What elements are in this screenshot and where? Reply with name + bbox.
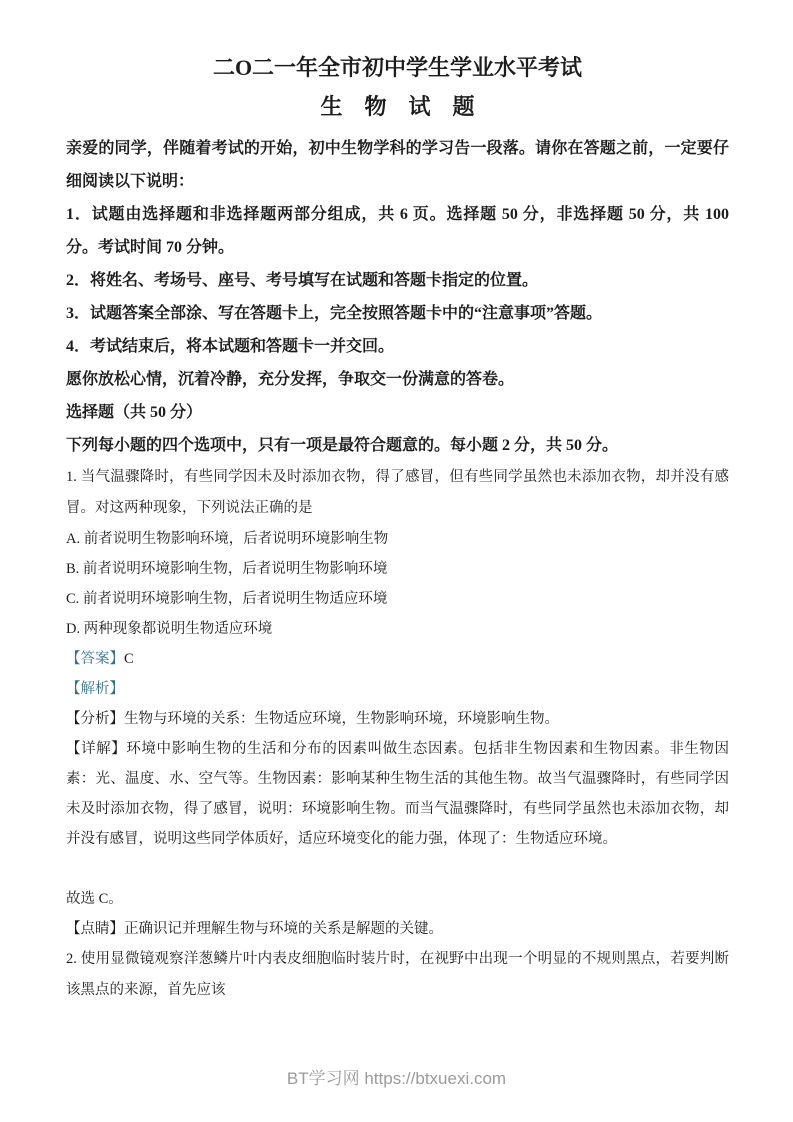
exam-page-content: 二O二一年全市初中学生学业水平考试 生 物 试 题 亲爱的同学，伴随着考试的开始… bbox=[0, 0, 793, 1006]
instruction-3: 3．试题答案全部涂、写在答题卡上，完全按照答题卡中的“注意事项”答题。 bbox=[66, 297, 729, 330]
question-1-stem: 1. 当气温骤降时，有些同学因未及时添加衣物，得了感冒，但有些同学虽然也未添加衣… bbox=[66, 462, 729, 524]
answer-line: 【答案】C bbox=[66, 644, 729, 674]
xiangjie-paragraph: 【详解】环境中影响生物的生活和分布的因素叫做生态因素。包括非生物因素和生物因素。… bbox=[66, 734, 729, 854]
conclusion-line: 故选 C。 bbox=[66, 884, 729, 914]
analysis-heading-line: 【解析】 bbox=[66, 674, 729, 704]
instruction-2: 2．将姓名、考场号、座号、考号填写在试题和答题卡指定的位置。 bbox=[66, 264, 729, 297]
answer-value: C bbox=[124, 651, 134, 667]
preface-intro: 亲爱的同学，伴随着考试的开始，初中生物学科的学习告一段落。请你在答题之前，一定要… bbox=[66, 132, 729, 198]
dianjing-label: 【点睛】 bbox=[66, 921, 124, 937]
dianjing-line: 【点睛】正确识记并理解生物与环境的关系是解题的关键。 bbox=[66, 914, 729, 944]
section-note: 下列每小题的四个选项中，只有一项是最符合题意的。每小题 2 分，共 50 分。 bbox=[66, 429, 729, 462]
footer-watermark: BT学习网 https://btxuexi.com bbox=[0, 1064, 793, 1089]
question-1-option-a: A. 前者说明生物影响环境，后者说明环境影响生物 bbox=[66, 524, 729, 554]
question-1-block: 1. 当气温骤降时，有些同学因未及时添加衣物，得了感冒，但有些同学虽然也未添加衣… bbox=[66, 462, 729, 1006]
section-heading: 选择题（共 50 分） bbox=[66, 396, 729, 429]
fenxi-label: 【分析】 bbox=[66, 711, 124, 727]
instruction-1: 1．试题由选择题和非选择题两部分组成，共 6 页。选择题 50 分，非选择题 5… bbox=[66, 198, 729, 264]
answer-label: 【答案】 bbox=[66, 651, 124, 667]
question-1-option-c: C. 前者说明环境影响生物，后者说明生物适应环境 bbox=[66, 584, 729, 614]
question-1-option-b: B. 前者说明环境影响生物，后者说明生物影响环境 bbox=[66, 554, 729, 584]
fenxi-line: 【分析】生物与环境的关系：生物适应环境，生物影响环境，环境影响生物。 bbox=[66, 704, 729, 734]
xiangjie-label: 【详解】 bbox=[66, 741, 126, 757]
exam-document-page: { "page": { "title": "二O二一年全市初中学生学业水平考试"… bbox=[0, 0, 793, 1122]
dianjing-text: 正确识记并理解生物与环境的关系是解题的关键。 bbox=[124, 921, 443, 937]
preface-wish: 愿你放松心情，沉着冷静，充分发挥，争取交一份满意的答卷。 bbox=[66, 363, 729, 396]
exam-title: 二O二一年全市初中学生学业水平考试 bbox=[66, 52, 729, 83]
question-2-stem: 2. 使用显微镜观察洋葱鳞片叶内表皮细胞临时装片时，在视野中出现一个明显的不规则… bbox=[66, 944, 729, 1006]
analysis-label: 【解析】 bbox=[66, 681, 124, 697]
exam-preface: 亲爱的同学，伴随着考试的开始，初中生物学科的学习告一段落。请你在答题之前，一定要… bbox=[66, 132, 729, 396]
exam-subject-title: 生 物 试 题 bbox=[66, 91, 729, 122]
instruction-4: 4．考试结束后，将本试题和答题卡一并交回。 bbox=[66, 330, 729, 363]
xiangjie-text: 环境中影响生物的生活和分布的因素叫做生态因素。包括非生物因素和生物因素。非生物因… bbox=[66, 741, 729, 847]
question-1-option-d: D. 两种现象都说明生物适应环境 bbox=[66, 614, 729, 644]
fenxi-text: 生物与环境的关系：生物适应环境，生物影响环境，环境影响生物。 bbox=[124, 711, 559, 727]
